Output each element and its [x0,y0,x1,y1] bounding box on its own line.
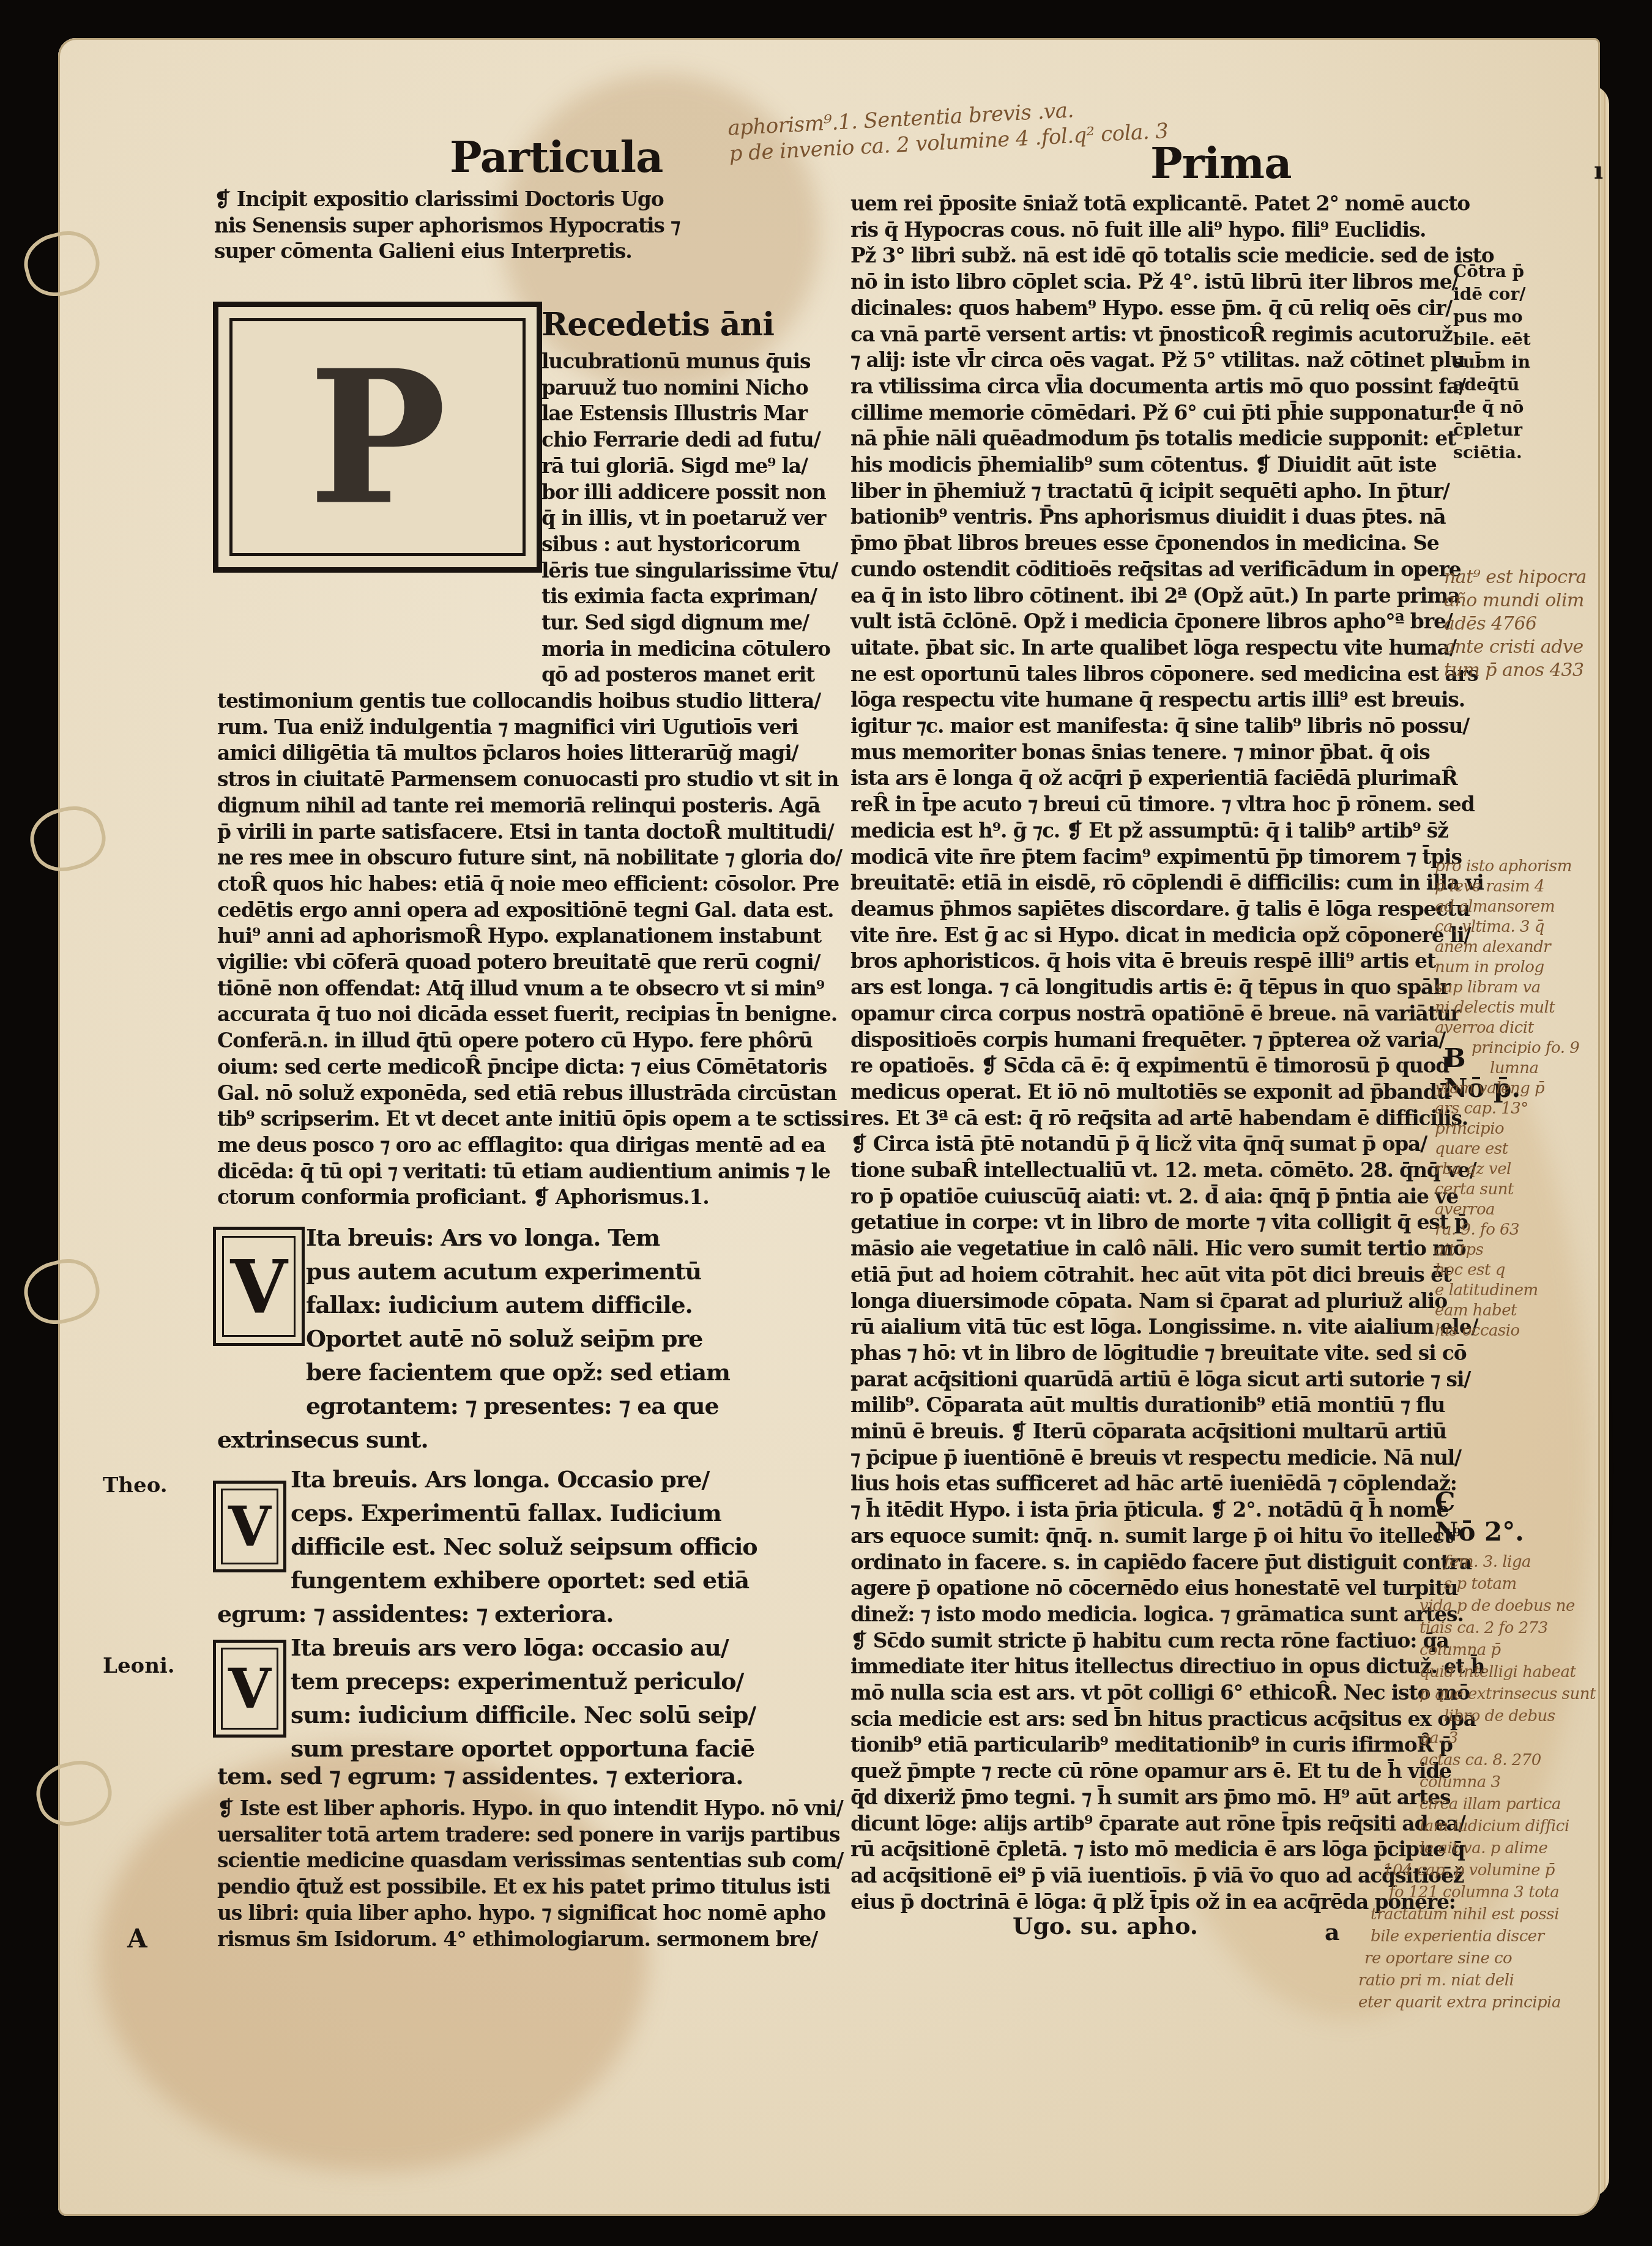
floral-initial-woodcut: V [213,1640,286,1738]
printed-margin-notabene-c: C Nō 2°. [1435,1487,1524,1547]
margin-letter: A [127,1927,147,1950]
margin-label-leoni: Leoni. [103,1655,175,1678]
aphorism-text: Ita breuis: Ars vo longa. Tem pus autem … [306,1221,730,1422]
handwritten-note-lower-margin: fem. 3. liga s p totam vida p de doebus … [1407,1551,1596,2014]
aphorism-leoniceno-end: tem. sed ⁊ egrum: ⁊ assidentes. ⁊ exteri… [217,1759,743,1793]
margin-label-theo: Theo. [103,1474,168,1497]
aphorism-leoniceno-translation: Ita breuis ars vero lōga: occasio au/ te… [291,1631,756,1765]
aphorism-text-end: extrinsecus sunt. [217,1422,428,1456]
incipit-title: ❡ Incipit expositio clarissimi Doctoris … [214,187,680,265]
floral-initial-woodcut: V [213,1227,305,1346]
woodcut-initial-letter: P [218,329,537,545]
running-head-left: Particula [450,132,663,182]
dedication-opening: Recedetis āni [541,306,774,343]
dedication-text: testimonium gentis tue collocandis hoibu… [217,688,849,1211]
handwritten-note-aphorism: pro isto aphorism p̄ leve rasim 4 ad alm… [1435,857,1579,1341]
aphorism-theodore-translation: Ita breuis. Ars longa. Occasio pre/ ceps… [291,1462,757,1597]
floral-initial-woodcut: V [213,1481,286,1572]
aphorism-theodore-end: egrum: ⁊ assidentes: ⁊ exteriora. [217,1597,613,1631]
commentary-text: ❡ Iste est liber aphoris. Hypo. in quo i… [217,1796,843,1952]
handwritten-note-hippocrates-birth: nat⁹ est hipocra año mundi olim adēs 476… [1444,566,1587,682]
running-head-right: Prima [1150,138,1292,188]
historiated-initial-woodcut: P [213,302,542,573]
folio-mark: ı [1594,156,1602,185]
quire-signature-mark: a [1325,1918,1340,1946]
right-column-text: uem rei p̄posite s̄niaž totā explicantē.… [850,191,1494,1915]
footer-signature-title: Ugo. su. apho. [1013,1912,1198,1939]
dedication-text-beside-woodcut: lucubrationū munus q̄uis paruuž tuo nomi… [541,349,838,688]
printed-side-note: Cōtra p̄ idē cor/ pus mo bile. eēt sub̄m… [1453,260,1531,464]
